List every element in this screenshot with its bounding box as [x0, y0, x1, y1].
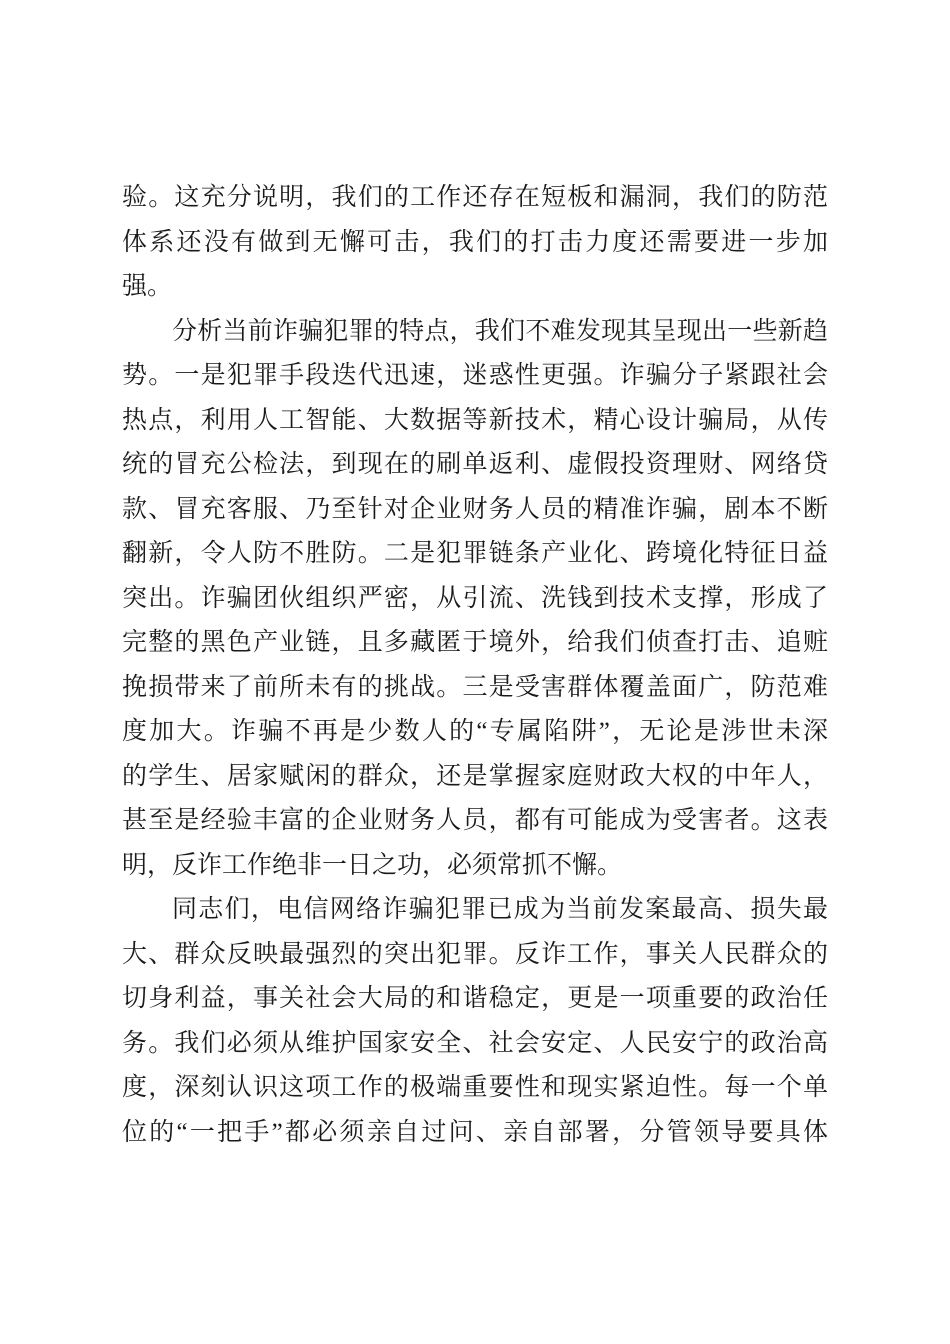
text-line: 度加大。诈骗不再是少数人的“专属陷阱”，无论是涉世未深: [122, 710, 828, 755]
text-line: 势。一是犯罪手段迭代迅速，迷惑性更强。诈骗分子紧跟社会: [122, 354, 828, 399]
text-line: 体系还没有做到无懈可击，我们的打击力度还需要进一步加: [122, 221, 828, 266]
text-line: 款、冒充客服、乃至针对企业财务人员的精准诈骗，剧本不断: [122, 488, 828, 533]
document-body: 验。这充分说明，我们的工作还存在短板和漏洞，我们的防范体系还没有做到无懈可击，我…: [122, 176, 828, 1155]
text-line: 切身利益，事关社会大局的和谐稳定，更是一项重要的政治任: [122, 977, 828, 1022]
text-line: 明，反诈工作绝非一日之功，必须常抓不懈。: [122, 844, 828, 889]
text-line: 的学生、居家赋闲的群众，还是掌握家庭财政大权的中年人，: [122, 755, 828, 800]
document-page: 验。这充分说明，我们的工作还存在短板和漏洞，我们的防范体系还没有做到无懈可击，我…: [0, 0, 950, 1344]
text-line: 务。我们必须从维护国家安全、社会安定、人民安宁的政治高: [122, 1022, 828, 1067]
text-line: 位的“一把手”都必须亲自过问、亲自部署，分管领导要具体: [122, 1111, 828, 1156]
text-line: 挽损带来了前所未有的挑战。三是受害群体覆盖面广，防范难: [122, 666, 828, 711]
text-line: 热点，利用人工智能、大数据等新技术，精心设计骗局，从传: [122, 399, 828, 444]
text-line: 完整的黑色产业链，且多藏匿于境外，给我们侦查打击、追赃: [122, 621, 828, 666]
text-line: 统的冒充公检法，到现在的刷单返利、虚假投资理财、网络贷: [122, 443, 828, 488]
text-line: 突出。诈骗团伙组织严密，从引流、洗钱到技术支撑，形成了: [122, 577, 828, 622]
text-line: 分析当前诈骗犯罪的特点，我们不难发现其呈现出一些新趋: [122, 310, 828, 355]
text-line: 验。这充分说明，我们的工作还存在短板和漏洞，我们的防范: [122, 176, 828, 221]
text-line: 甚至是经验丰富的企业财务人员，都有可能成为受害者。这表: [122, 799, 828, 844]
text-line: 度，深刻认识这项工作的极端重要性和现实紧迫性。每一个单: [122, 1066, 828, 1111]
text-line: 翻新，令人防不胜防。二是犯罪链条产业化、跨境化特征日益: [122, 532, 828, 577]
text-line: 强。: [122, 265, 828, 310]
text-line: 大、群众反映最强烈的突出犯罪。反诈工作，事关人民群众的: [122, 933, 828, 978]
text-line: 同志们，电信网络诈骗犯罪已成为当前发案最高、损失最: [122, 888, 828, 933]
